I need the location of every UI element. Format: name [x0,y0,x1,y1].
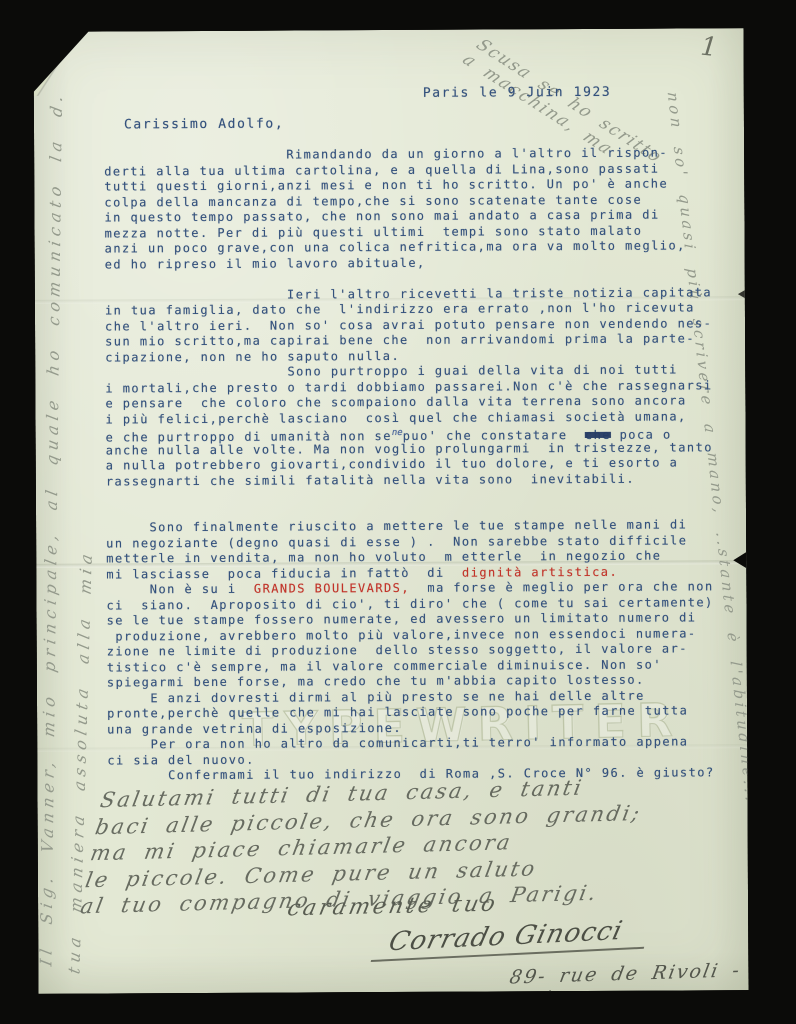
sup-text: ne [392,428,403,438]
text-segment: Non è su i [106,582,254,597]
folded-corner [33,32,91,96]
page-number: 1 [700,32,719,63]
text-segment: ma forse è meglio per ora che non [410,579,714,595]
letter-page: TYPEWRITER 1 Scusa se ho scritto a macch… [33,28,748,994]
paper-tear [738,290,745,298]
red-text: GRANDS BOULEVARDS, [254,581,410,596]
paper-tear [733,552,746,568]
margin-note-left-outer: Il Sig. Vanner, mio principale, al quale… [36,89,66,967]
text-line: metterle in vendita, ma non ho voluto m … [106,548,713,567]
text-line: pronte,perchè quelle che mi hai lasciate… [107,703,714,722]
dateline: Paris le 9 Juin 1923 [423,85,612,101]
text-line: sun mio scritto,ma capirai bene che non … [105,331,712,350]
salutation: Carissimo Adolfo, [124,117,284,133]
valediction: caramente tuo [285,892,500,922]
signature: Corrado Ginocci [371,915,653,962]
sender-address: 89- rue de Rivoli - Paris. [504,959,753,1011]
text-segment: mi lasciasse poca fiducia in fattò di [106,565,462,581]
letter-body: Rimandando da un giorno a l'altro il ris… [104,145,715,784]
text-line: Per ora non ho altro da comunicarti,ti t… [107,734,714,753]
text-line: anzi un poco grave,con una colica nefrit… [105,238,712,257]
text-line: rassegnarti che simili fatalità nella vi… [106,471,713,490]
red-text: dignità artistica. [462,564,618,579]
scan-backdrop: TYPEWRITER 1 Scusa se ho scritto a macch… [0,0,796,1024]
